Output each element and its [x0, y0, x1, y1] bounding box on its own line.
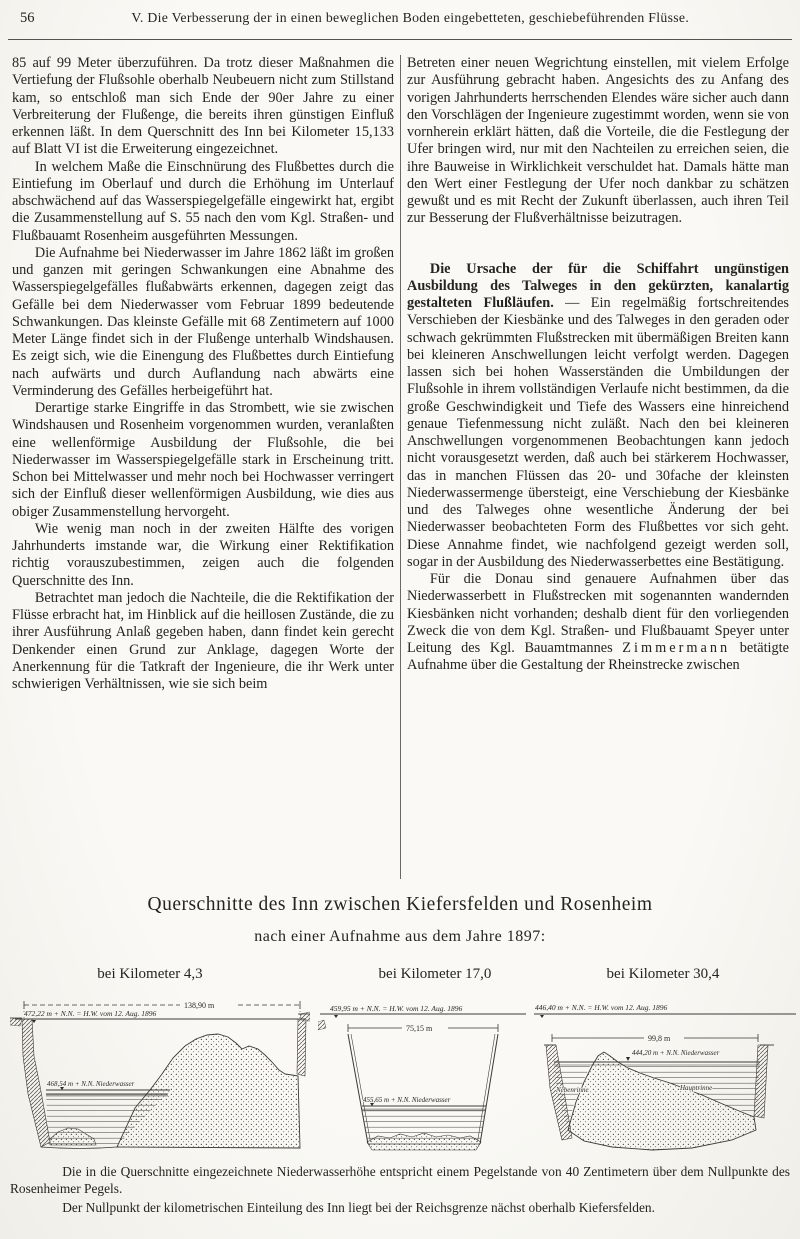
- width-dimension: 75,15 m: [406, 1024, 433, 1033]
- paragraph: Betreten einer neuen Wegrichtung einstel…: [407, 55, 789, 228]
- person-name: Zimmermann: [622, 640, 730, 656]
- section-body: — Ein regelmäßig fortschreitendes Versch…: [407, 295, 789, 570]
- diagram-label-km-30-4: bei Kilometer 30,4: [553, 966, 773, 983]
- figure-subtitle: nach einer Aufnahme aus dem Jahre 1897:: [0, 928, 800, 946]
- lowwater-label: 455,65 m + N.N. Niederwasser: [363, 1096, 451, 1104]
- left-column: 85 auf 99 Meter überzuführen. Da trotz d…: [12, 55, 394, 883]
- cross-section-km-4-3: 138,90 m 472,22 m + N.N. = H.W. vom 12. …: [10, 998, 310, 1160]
- width-dimension: 99,8 m: [648, 1034, 671, 1043]
- right-column: Betreten einer neuen Wegrichtung einstel…: [407, 55, 789, 883]
- highwater-label: 446,40 m + N.N. = H.W. vom 12. Aug. 1896: [535, 1003, 667, 1012]
- cross-section-km-30-4: 446,40 m + N.N. = H.W. vom 12. Aug. 1896…: [532, 998, 798, 1160]
- page-number: 56: [20, 10, 35, 27]
- paragraph: Betrachtet man jedoch die Nachteile, die…: [12, 590, 394, 694]
- paragraph: Wie wenig man noch in der zweiten Hälfte…: [12, 521, 394, 590]
- main-channel-label: Hauptrinne: [679, 1084, 712, 1092]
- paragraph: Für die Donau sind genauere Aufnahmen üb…: [407, 571, 789, 675]
- paragraph: In welchem Maße die Einschnürung des Flu…: [12, 159, 394, 245]
- lowwater-label: 444,20 m + N.N. Niederwasser: [632, 1049, 720, 1057]
- paragraph: Derartige starke Eingriffe in das Stromb…: [12, 400, 394, 521]
- paragraph: 85 auf 99 Meter überzuführen. Da trotz d…: [12, 55, 394, 159]
- figure-title: Querschnitte des Inn zwischen Kiefersfel…: [0, 894, 800, 916]
- section-paragraph: Die Ursache der für die Schiffahrt ungün…: [407, 261, 789, 572]
- head-rule: [8, 39, 792, 40]
- diagram-label-km-4-3: bei Kilometer 4,3: [40, 966, 260, 983]
- highwater-label: 459,95 m + N.N. = H.W. vom 12. Aug. 1896: [330, 1004, 462, 1013]
- diagram-label-km-17-0: bei Kilometer 17,0: [325, 966, 545, 983]
- lowwater-label: 468,54 m + N.N. Niederwasser: [47, 1080, 135, 1088]
- side-channel-label: Nebenrinne: [555, 1086, 589, 1094]
- width-dimension: 138,90 m: [184, 1001, 215, 1010]
- running-head: 56 V. Die Verbesserung der in einen bewe…: [20, 10, 786, 27]
- column-divider: [400, 55, 401, 879]
- paragraph: Die Aufnahme bei Niederwasser im Jahre 1…: [12, 245, 394, 400]
- book-page: 56 V. Die Verbesserung der in einen bewe…: [0, 0, 800, 1239]
- running-title: V. Die Verbesserung der in einen bewegli…: [35, 10, 787, 26]
- highwater-label: 472,22 m + N.N. = H.W. vom 12. Aug. 1896: [24, 1009, 156, 1018]
- figure-caption-line2: Der Nullpunkt der kilometrischen Einteil…: [10, 1200, 790, 1217]
- figure-caption-line1: Die in die Querschnitte eingezeichnete N…: [10, 1164, 790, 1198]
- cross-section-km-17-0: 459,95 m + N.N. = H.W. vom 12. Aug. 1896…: [318, 998, 528, 1160]
